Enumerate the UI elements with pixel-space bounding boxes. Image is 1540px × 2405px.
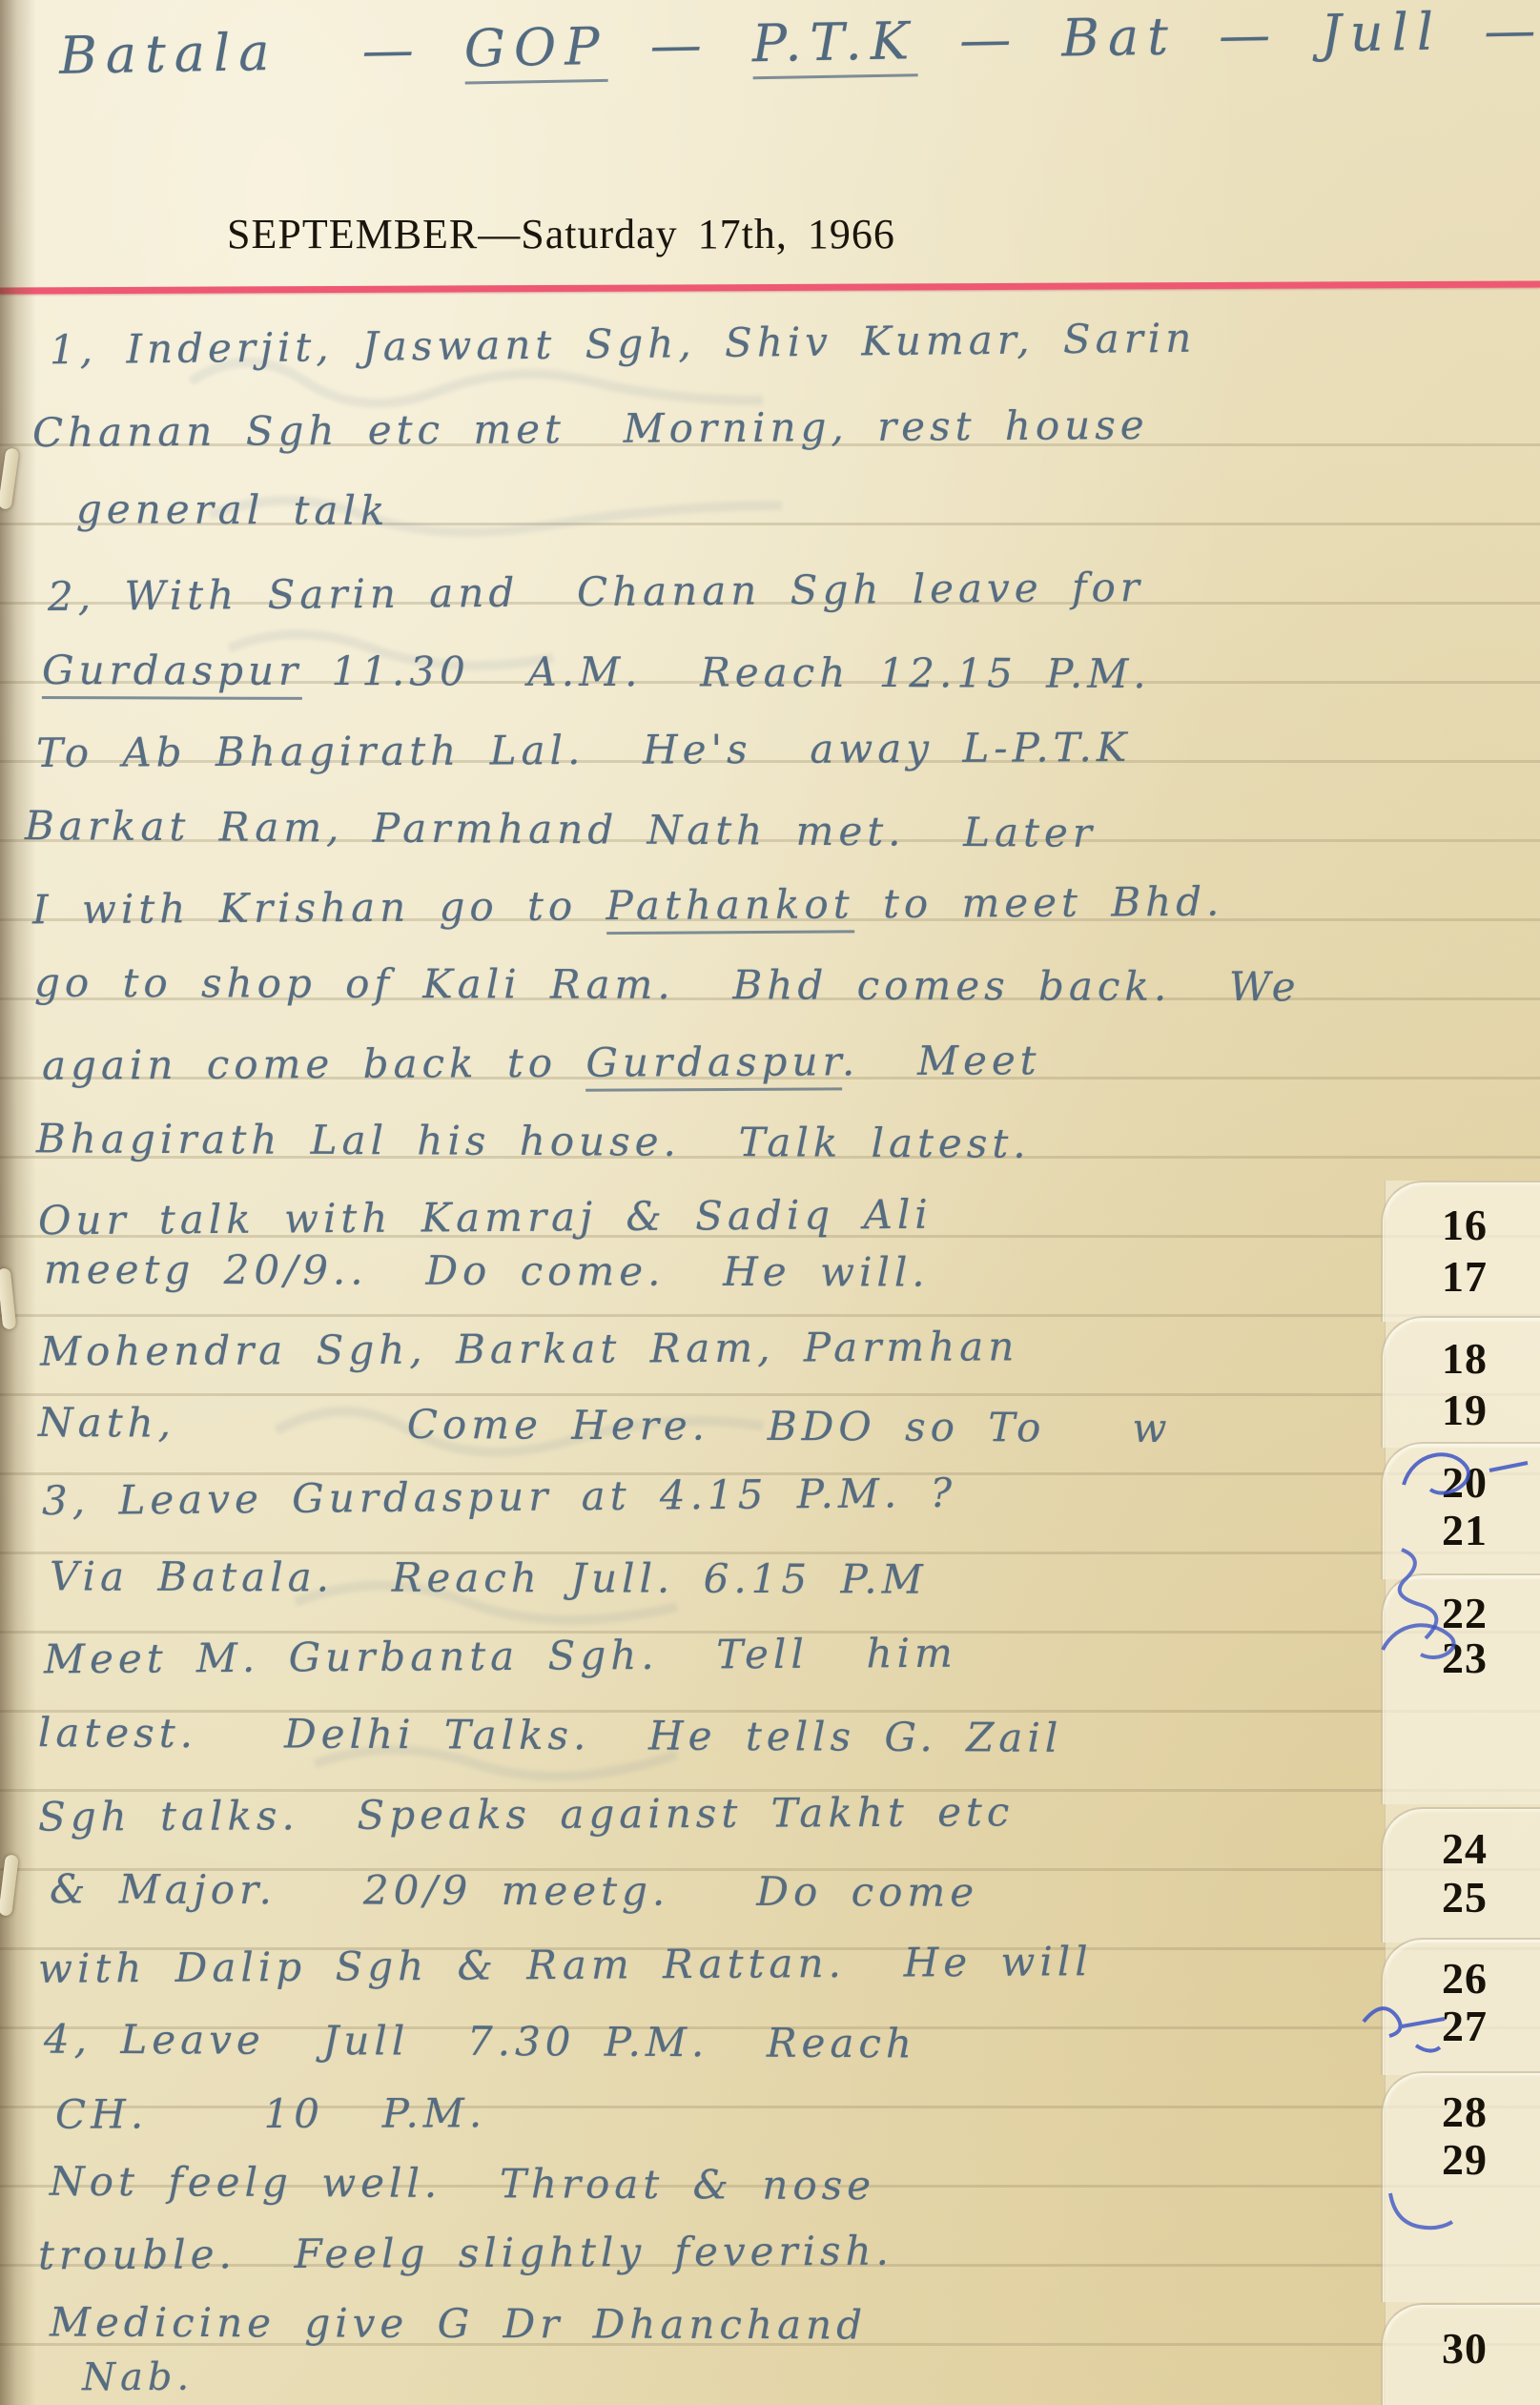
handwritten-line: Not feelg well. Throat & nose xyxy=(50,2158,875,2210)
handwriting-segment: Batala — xyxy=(59,18,465,85)
handwriting-segment: Barkat Ram, Parmhand Nath met. Later xyxy=(25,802,1097,856)
handwritten-line: 3, Leave Gurdaspur at 4.15 P.M. ? xyxy=(42,1470,957,1524)
handwriting-segment: Gurdaspur xyxy=(42,647,302,700)
handwriting-segment: latest. Delhi Talks. He tells G. Zail xyxy=(38,1709,1063,1761)
handwritten-line: trouble. Feelg slightly feverish. xyxy=(38,2228,893,2279)
handwriting-segment: 4, Leave Jull 7.30 P.M. Reach xyxy=(44,2016,916,2067)
margin-date-number: 19 xyxy=(1442,1385,1488,1435)
handwriting-segment: . Meet xyxy=(842,1037,1041,1084)
margin-date-number: 24 xyxy=(1442,1823,1488,1874)
handwritten-line: Nath, Come Here. BDO so To w xyxy=(38,1399,1172,1451)
handwriting-segment: 11.30 A.M. Reach 12.15 P.M. xyxy=(302,647,1151,697)
handwriting-segment: Sgh talks. Speaks against Takht etc xyxy=(38,1788,1015,1840)
handwriting-segment: Nab. xyxy=(82,2355,194,2400)
handwritten-line: Via Batala. Reach Jull. 6.15 P.M xyxy=(50,1552,928,1602)
handwriting-segment: Not feelg well. Throat & nose xyxy=(50,2158,875,2210)
ink-scribble xyxy=(1349,1988,1483,2060)
handwritten-line: Chanan Sgh etc met Morning, rest house xyxy=(32,401,1149,456)
handwriting-segment: & Major. 20/9 meetg. Do come xyxy=(50,1865,978,1915)
handwriting-segment: I with Krishan go to xyxy=(32,882,606,933)
handwritten-line: Batala — GOP — P.T.K — Bat — Jull — CH xyxy=(59,0,1540,86)
diary-page: Batala — GOP — P.T.K — Bat — Jull — CH S… xyxy=(0,0,1540,2405)
handwritten-line: again come back to Gurdaspur. Meet xyxy=(42,1037,1041,1088)
handwriting-segment: Mohendra Sgh, Barkat Ram, Parmhan xyxy=(40,1323,1019,1374)
handwriting-segment: GOP xyxy=(463,16,608,85)
handwritten-line: Barkat Ram, Parmhand Nath met. Later xyxy=(25,802,1097,856)
handwritten-line: To Ab Bhagirath Lal. He's away L-P.T.K xyxy=(36,724,1131,776)
handwritten-line: meetg 20/9.. Do come. He will. xyxy=(44,1245,930,1295)
ink-scribble xyxy=(1394,1442,1537,1509)
handwriting-segment: Via Batala. Reach Jull. 6.15 P.M xyxy=(50,1552,928,1602)
handwriting-segment: to meet Bhd. xyxy=(853,878,1223,928)
date-header: SEPTEMBER—Saturday 17th, 1966 xyxy=(227,210,895,258)
handwriting-segment: Meet M. Gurbanta Sgh. Tell him xyxy=(44,1630,957,1683)
handwritten-line: latest. Delhi Talks. He tells G. Zail xyxy=(38,1709,1063,1761)
handwriting-segment: — xyxy=(607,13,752,76)
handwriting-segment: go to shop of Kali Ram. Bhd comes back. … xyxy=(34,959,1301,1011)
handwriting-segment: Chanan Sgh etc met Morning, rest house xyxy=(32,401,1149,456)
handwriting-segment: Nath, Come Here. BDO so To w xyxy=(38,1399,1172,1451)
margin-date-number: 29 xyxy=(1442,2134,1488,2185)
handwriting-segment: P.T.K xyxy=(751,10,917,79)
handwritten-line: with Dalip Sgh & Ram Rattan. He will xyxy=(38,1938,1093,1992)
handwriting-segment: 2, With Sarin and Chanan Sgh leave for xyxy=(48,564,1144,620)
handwriting-segment: — Bat — Jull — xyxy=(916,0,1540,71)
handwritten-line: go to shop of Kali Ram. Bhd comes back. … xyxy=(34,959,1301,1011)
handwritten-line: 4, Leave Jull 7.30 P.M. Reach xyxy=(44,2016,916,2067)
handwritten-line: Mohendra Sgh, Barkat Ram, Parmhan xyxy=(40,1323,1019,1374)
handwritten-line: Our talk with Kamraj & Sadiq Ali xyxy=(38,1191,933,1244)
handwriting-segment: To Ab Bhagirath Lal. He's away L-P.T.K xyxy=(36,724,1131,776)
margin-date-number: 25 xyxy=(1442,1872,1488,1922)
margin-date-number: 17 xyxy=(1442,1251,1488,1302)
margin-date-number: 30 xyxy=(1442,2323,1488,2374)
handwritten-line: Meet M. Gurbanta Sgh. Tell him xyxy=(44,1630,957,1683)
handwriting-segment: meetg 20/9.. Do come. He will. xyxy=(44,1245,930,1295)
handwritten-line: 2, With Sarin and Chanan Sgh leave for xyxy=(48,564,1144,620)
handwritten-line: & Major. 20/9 meetg. Do come xyxy=(50,1865,978,1915)
handwritten-line: Nab. xyxy=(82,2355,194,2400)
handwritten-line: I with Krishan go to Pathankot to meet B… xyxy=(32,878,1224,934)
handwritten-line: general talk xyxy=(76,485,390,534)
handwritten-line: Sgh talks. Speaks against Takht etc xyxy=(38,1788,1015,1840)
handwriting-segment: CH. 10 P.M. xyxy=(55,2089,486,2138)
binding-edge xyxy=(0,0,36,2405)
handwriting-segment: 3, Leave Gurdaspur at 4.15 P.M. ? xyxy=(42,1470,957,1524)
handwritten-line: CH. 10 P.M. xyxy=(55,2089,486,2138)
handwritten-line: Medicine give G Dr Dhanchand xyxy=(50,2299,867,2349)
ink-scribble xyxy=(1381,2179,1457,2236)
handwriting-segment: Medicine give G Dr Dhanchand xyxy=(50,2299,867,2349)
handwriting-segment: trouble. Feelg slightly feverish. xyxy=(38,2228,893,2279)
handwriting-segment: general talk xyxy=(76,485,390,534)
handwriting-segment: Bhagirath Lal his house. Talk latest. xyxy=(36,1115,1031,1166)
ink-scribble xyxy=(1373,1612,1488,1669)
margin-date-number: 16 xyxy=(1442,1200,1488,1250)
handwriting-segment: again come back to xyxy=(42,1039,586,1089)
handwriting-segment: Our talk with Kamraj & Sadiq Ali xyxy=(38,1191,933,1244)
red-rule xyxy=(0,280,1540,294)
margin-date-number: 18 xyxy=(1442,1333,1488,1384)
margin-date-number: 28 xyxy=(1442,2086,1488,2137)
handwriting-segment: Gurdaspur xyxy=(585,1038,842,1091)
handwriting-segment: with Dalip Sgh & Ram Rattan. He will xyxy=(38,1938,1093,1992)
handwriting-segment: Pathankot xyxy=(606,880,853,935)
handwritten-line: Bhagirath Lal his house. Talk latest. xyxy=(36,1115,1031,1166)
handwritten-line: Gurdaspur 11.30 A.M. Reach 12.15 P.M. xyxy=(42,647,1151,697)
